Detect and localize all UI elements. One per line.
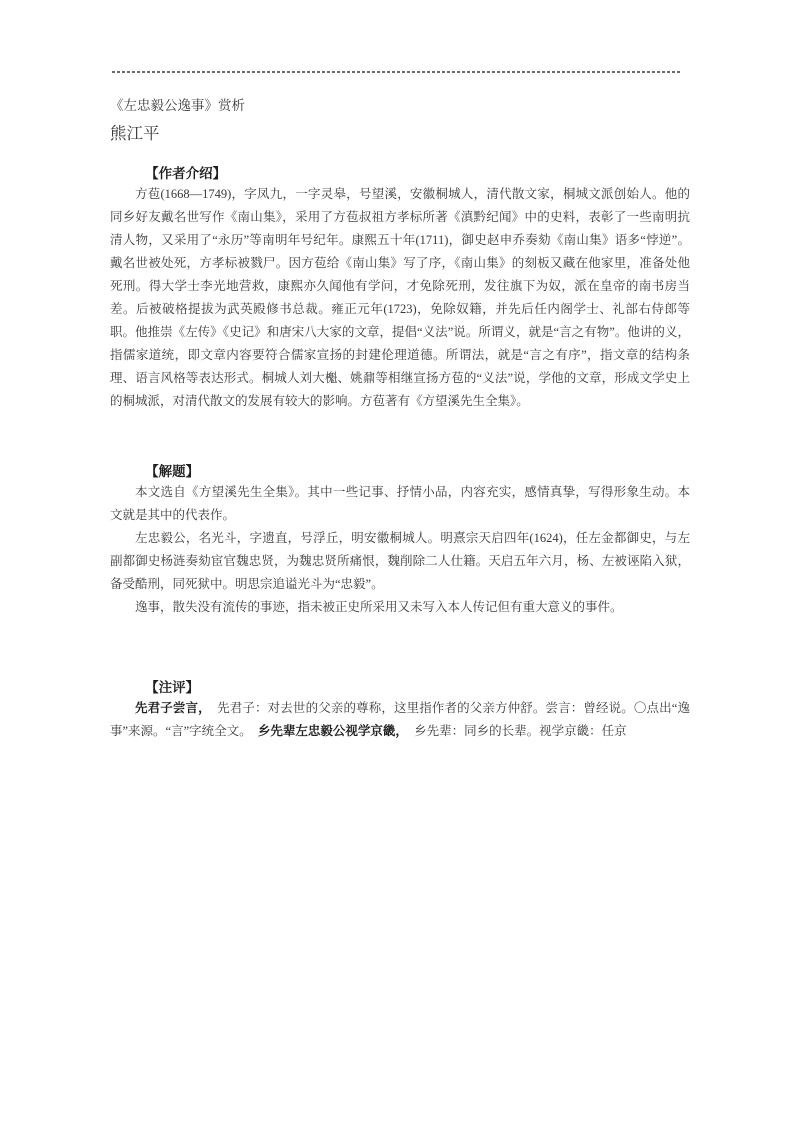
author-intro-paragraph: 方苞(1668—1749)，字凤九，一字灵皋，号望溪，安徽桐城人，清代散文家，桐…	[110, 183, 690, 413]
annotation-quote-2: 乡先辈左忠毅公视学京畿，	[245, 724, 401, 738]
section-heading-zhuping: 【注评】	[110, 679, 690, 697]
document-content: 《左忠毅公逸事》赏析 熊江平 【作者介绍】 方苞(1668—1749)，字凤九，…	[0, 71, 800, 743]
doc-title: 《左忠毅公逸事》赏析	[110, 97, 690, 115]
document-page: 《左忠毅公逸事》赏析 熊江平 【作者介绍】 方苞(1668—1749)，字凤九，…	[0, 0, 800, 1132]
top-dashed-divider	[112, 71, 682, 73]
section-heading-jieti: 【解题】	[110, 463, 690, 481]
section-heading-author-intro: 【作者介绍】	[110, 165, 690, 183]
jieti-paragraph-yishi-definition: 逸事，散失没有流传的事迹，指未被正史所采用又未写入本人传记但有重大意义的事件。	[110, 596, 690, 619]
jieti-paragraph-zuo-biography: 左忠毅公，名光斗，字遗直，号浮丘，明安徽桐城人。明熹宗天启四年(1624)，任左…	[110, 527, 690, 596]
doc-author: 熊江平	[110, 123, 690, 145]
annotation-quote-1: 先君子尝言，	[135, 701, 205, 715]
annotation-paragraph: 先君子尝言， 先君子：对去世的父亲的尊称，这里指作者的父亲方仲舒。尝言：曾经说。…	[110, 697, 690, 743]
jieti-paragraph-source: 本文选自《方望溪先生全集》。其中一些记事、抒情小品，内容充实，感情真挚，写得形象…	[110, 481, 690, 527]
annotation-note-2: 乡先辈：同乡的长辈。视学京畿：任京	[402, 724, 627, 738]
